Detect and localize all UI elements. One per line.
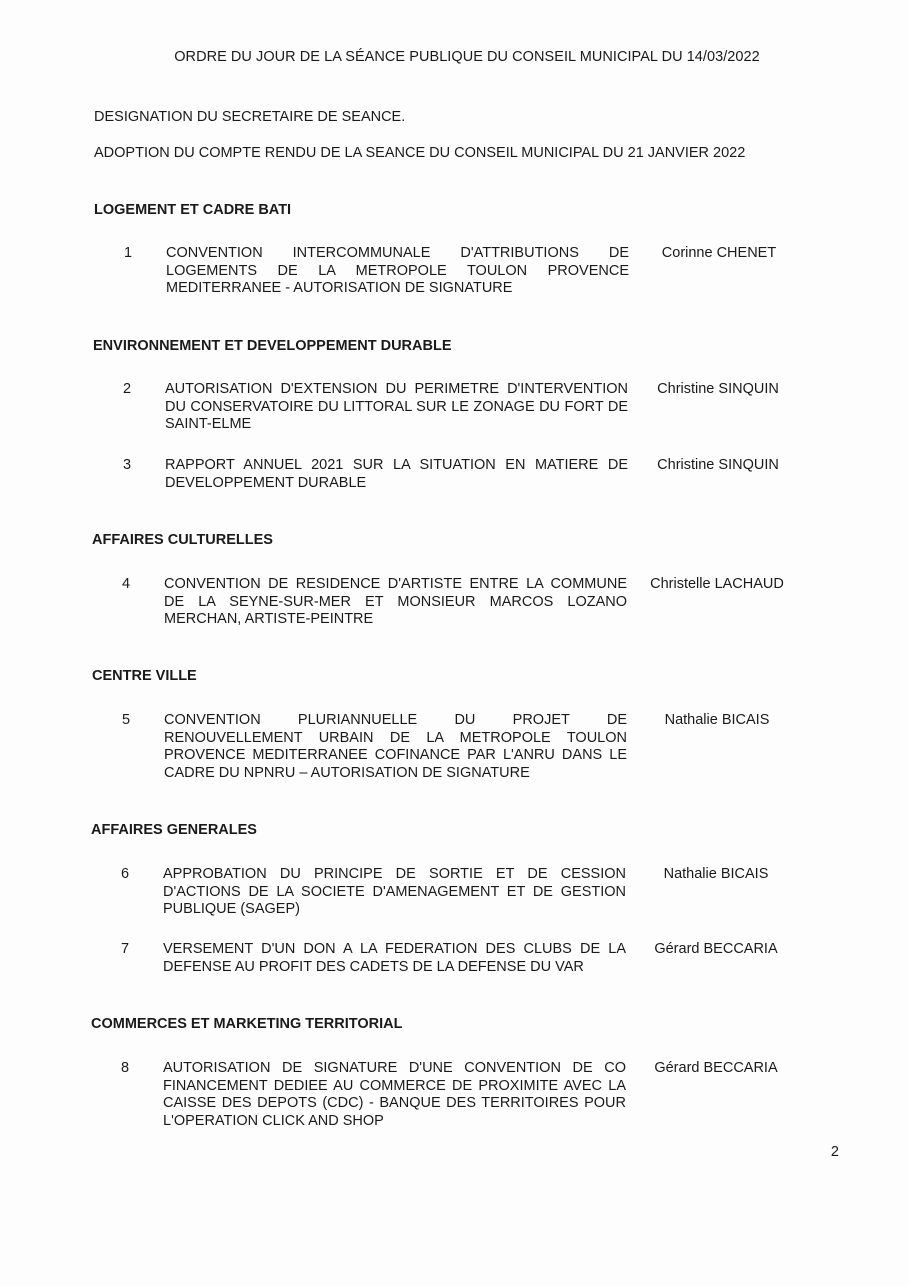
page-title: ORDRE DU JOUR DE LA SÉANCE PUBLIQUE DU C…: [0, 49, 909, 65]
item-number: 3: [123, 457, 143, 475]
item-number: 6: [121, 866, 141, 884]
item-text: VERSEMENT D'UN DON A LA FEDERATION DES C…: [163, 941, 626, 976]
preamble-adoption: ADOPTION DU COMPTE RENDU DE LA SEANCE DU…: [94, 145, 745, 161]
item-rapporteur: Gérard BECCARIA: [631, 1060, 801, 1078]
item-text: CONVENTION DE RESIDENCE D'ARTISTE ENTRE …: [164, 576, 627, 629]
preamble-secretary: DESIGNATION DU SECRETAIRE DE SEANCE.: [94, 109, 405, 125]
item-number: 7: [121, 941, 141, 959]
page-number: 2: [831, 1144, 839, 1160]
item-text: RAPPORT ANNUEL 2021 SUR LA SITUATION EN …: [165, 457, 628, 492]
section-heading-culturelles: AFFAIRES CULTURELLES: [92, 532, 273, 548]
item-rapporteur: Nathalie BICAIS: [631, 866, 801, 884]
item-text: CONVENTION INTERCOMMUNALE D'ATTRIBUTIONS…: [166, 245, 629, 298]
item-rapporteur: Nathalie BICAIS: [632, 712, 802, 730]
section-heading-commerces: COMMERCES ET MARKETING TERRITORIAL: [91, 1016, 402, 1032]
item-number: 5: [122, 712, 142, 730]
item-number: 2: [123, 381, 143, 399]
item-rapporteur: Christine SINQUIN: [633, 381, 803, 399]
item-number: 4: [122, 576, 142, 594]
item-rapporteur: Christine SINQUIN: [633, 457, 803, 475]
item-text: CONVENTION PLURIANNUELLE DU PROJET DE RE…: [164, 712, 627, 783]
item-rapporteur: Corinne CHENET: [634, 245, 804, 263]
item-text: AUTORISATION D'EXTENSION DU PERIMETRE D'…: [165, 381, 628, 434]
document-page: ORDRE DU JOUR DE LA SÉANCE PUBLIQUE DU C…: [0, 0, 909, 1286]
item-text: APPROBATION DU PRINCIPE DE SORTIE ET DE …: [163, 866, 626, 919]
item-rapporteur: Christelle LACHAUD: [632, 576, 802, 594]
section-heading-logement: LOGEMENT ET CADRE BATI: [94, 202, 291, 218]
item-number: 1: [124, 245, 144, 263]
section-heading-generales: AFFAIRES GENERALES: [91, 822, 257, 838]
section-heading-centre-ville: CENTRE VILLE: [92, 668, 197, 684]
item-number: 8: [121, 1060, 141, 1078]
item-rapporteur: Gérard BECCARIA: [631, 941, 801, 959]
item-text: AUTORISATION DE SIGNATURE D'UNE CONVENTI…: [163, 1060, 626, 1131]
section-heading-environnement: ENVIRONNEMENT ET DEVELOPPEMENT DURABLE: [93, 338, 452, 354]
